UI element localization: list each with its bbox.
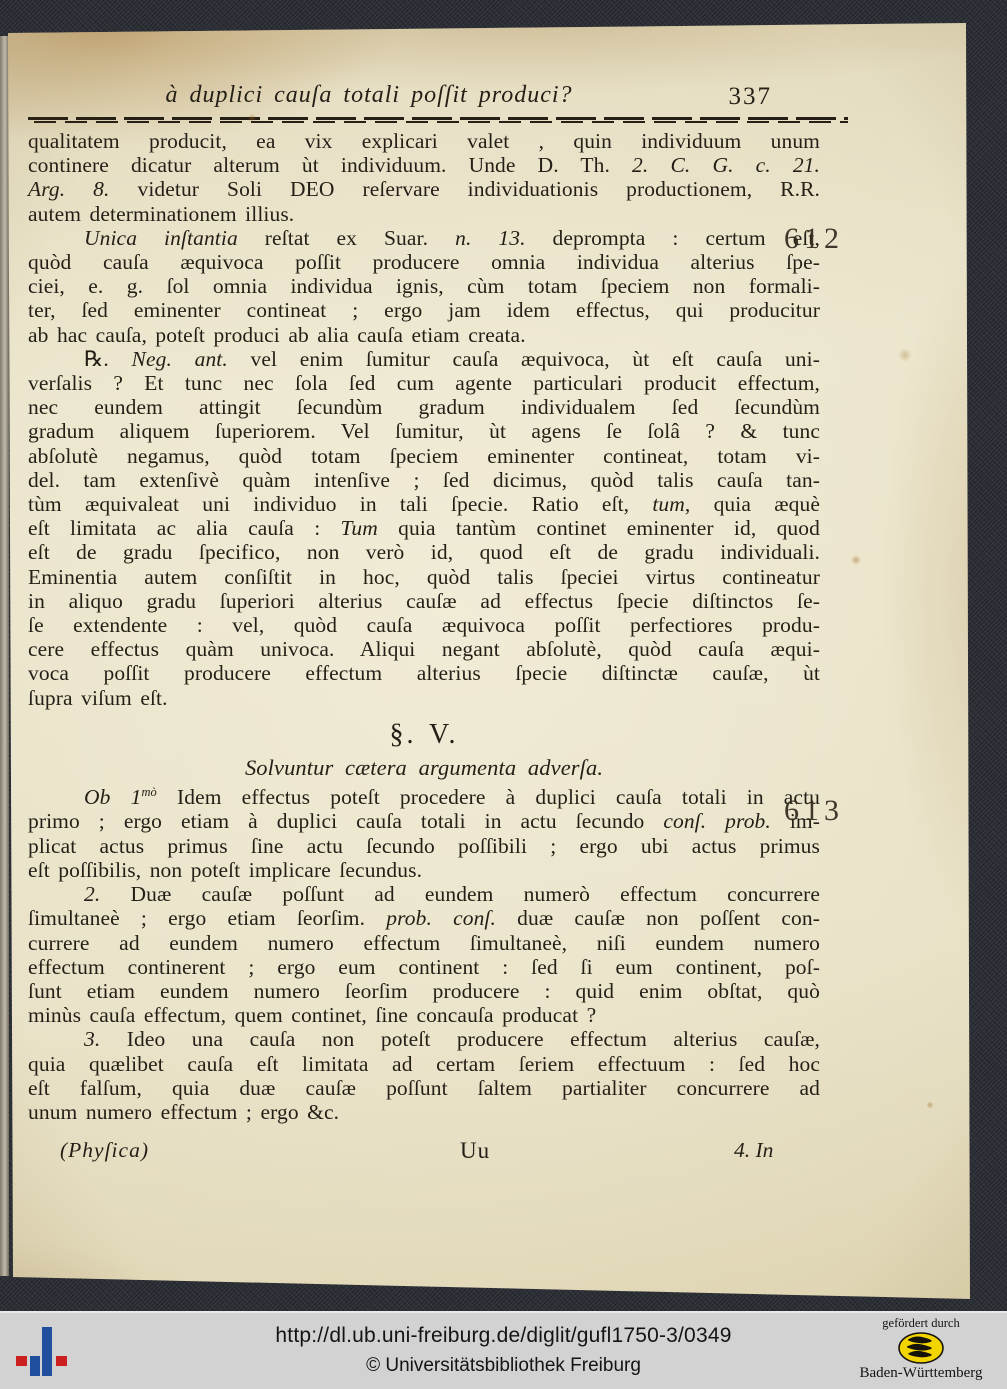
text-line: primo ; ergo etiam à duplici cauſa total… xyxy=(28,809,820,833)
digitization-footer: http://dl.ub.uni-freiburg.de/diglit/gufl… xyxy=(0,1311,1007,1389)
text-line: abſolutè negamus, quòd totam ſpeciem emi… xyxy=(28,444,820,468)
text-line: ciei, e. g. ſol omnia individua ignis, c… xyxy=(28,274,820,298)
margin-number-613: 613 xyxy=(784,794,874,828)
page-number: 337 xyxy=(729,83,773,111)
paragraph: 3. Ideo una cauſa non poteſt producere e… xyxy=(28,1027,820,1124)
text-line: ℞. Neg. ant. vel enim ſumitur cauſa æqui… xyxy=(28,347,820,371)
text-line: ab hac cauſa, poteſt produci ab alia cau… xyxy=(28,323,820,347)
text-line: cere effectus quàm univoca. Aliqui negan… xyxy=(28,637,820,661)
text-line: eſt limitata ac alia cauſa : Tum quia ta… xyxy=(28,516,820,540)
text-line: verſalis ? Et tunc nec ſola ſed cum agen… xyxy=(28,371,820,395)
text-line: Ob 1mò Idem effectus poteſt procedere à … xyxy=(28,785,820,809)
page-fore-edge xyxy=(0,36,9,1276)
book-part-label: (Phyſica) xyxy=(60,1138,149,1163)
paragraph: Unica inſtantia reſtat ex Suar. n. 13. d… xyxy=(28,226,820,347)
page-content: à duplici cauſa totali poſſit produci? 3… xyxy=(28,82,820,1124)
text-line: minùs cauſa effectum, quem continet, ſin… xyxy=(28,1003,820,1027)
text-line: unum numero effectum ; ergo &c. xyxy=(28,1100,820,1124)
catchword: 4. In xyxy=(734,1138,773,1163)
text-line: effectum continerent ; ergo eum continen… xyxy=(28,955,820,979)
text-line: currere ad eundem numero effectum ſimult… xyxy=(28,931,820,955)
text-line: ter, ſed eminenter contineat ; ergo jam … xyxy=(28,298,820,322)
paragraph: 2. Duæ cauſæ poſſunt ad eundem numerò ef… xyxy=(28,882,820,1027)
margin-number-612: 612 xyxy=(784,222,874,256)
text-line: qualitatem producit, ea vix explicari va… xyxy=(28,129,820,153)
text-line: continere dicatur alterum ùt individuum.… xyxy=(28,153,820,177)
paragraph: Ob 1mò Idem effectus poteſt procedere à … xyxy=(28,785,820,882)
section-heading: §. V. xyxy=(28,723,820,747)
text-line: ſe extendente : vel, quòd cauſa æquivoca… xyxy=(28,613,820,637)
scanned-book-page-viewer: à duplici cauſa totali poſſit produci? 3… xyxy=(0,0,1007,1389)
text-line: Solvuntur cætera argumenta adverſa. xyxy=(28,756,820,780)
funding-region-label: Baden-Württemberg xyxy=(841,1365,1001,1382)
text-line: eſt falſum, quia duæ cauſæ poſſunt ſalte… xyxy=(28,1076,820,1100)
signature-line: (Phyſica) Uu 4. In xyxy=(28,1138,820,1166)
paragraph: qualitatem producit, ea vix explicari va… xyxy=(28,129,820,226)
body-text: qualitatem producit, ea vix explicari va… xyxy=(28,129,820,1124)
text-line: 3. Ideo una cauſa non poteſt producere e… xyxy=(28,1027,820,1051)
baden-wuerttemberg-crest-icon xyxy=(898,1332,944,1364)
text-line: plicat actus primus ſine actu ſecundo po… xyxy=(28,834,820,858)
quire-signature: Uu xyxy=(460,1138,490,1164)
funding-credit: gefördert durch Baden-Württemberg xyxy=(841,1316,1001,1382)
text-line: §. V. xyxy=(28,723,820,747)
text-line: voca poſſit producere effectum alterius … xyxy=(28,661,820,685)
text-line: Unica inſtantia reſtat ex Suar. n. 13. d… xyxy=(28,226,820,250)
text-line: quia quælibet cauſa eſt limitata ad cert… xyxy=(28,1052,820,1076)
funding-label: gefördert durch xyxy=(841,1316,1001,1331)
paragraph: ℞. Neg. ant. vel enim ſumitur cauſa æqui… xyxy=(28,347,820,710)
text-line: eſt poſſibilis, non poteſt implicare ſec… xyxy=(28,858,820,882)
subtitle: Solvuntur cætera argumenta adverſa. xyxy=(28,756,820,780)
text-line: Eminentia autem conſiſtit in hoc, quòd t… xyxy=(28,565,820,589)
text-line: 2. Duæ cauſæ poſſunt ad eundem numerò ef… xyxy=(28,882,820,906)
running-title: à duplici cauſa totali poſſit produci? xyxy=(0,82,765,109)
text-line: tùm æquivaleat uni individuo in tali ſpe… xyxy=(28,492,820,516)
text-line: autem determinationem illius. xyxy=(28,202,820,226)
text-line: ſunt etiam eundem numero ſeorſim produce… xyxy=(28,979,820,1003)
text-line: eſt de gradu ſpecifico, non verò id, quo… xyxy=(28,540,820,564)
text-line: ſupra viſum eſt. xyxy=(28,686,820,710)
text-line: ſimultaneè ; ergo etiam ſeorſim. prob. c… xyxy=(28,906,820,930)
text-line: quòd cauſa æquivoca poſſit producere omn… xyxy=(28,250,820,274)
text-line: del. tam extenſivè quàm intenſive ; ſed … xyxy=(28,468,820,492)
text-line: Arg. 8. videtur Soli DEO reſervare indiv… xyxy=(28,177,820,201)
running-header: à duplici cauſa totali poſſit produci? 3… xyxy=(28,82,820,114)
text-line: gradum aliquem ſuperiorem. Vel ſumitur, … xyxy=(28,419,820,443)
text-line: in aliquo gradu ſuperiori alterius cauſæ… xyxy=(28,589,820,613)
header-rule xyxy=(28,117,848,123)
text-line: nec eundem attingit ſecundùm gradum indi… xyxy=(28,395,820,419)
